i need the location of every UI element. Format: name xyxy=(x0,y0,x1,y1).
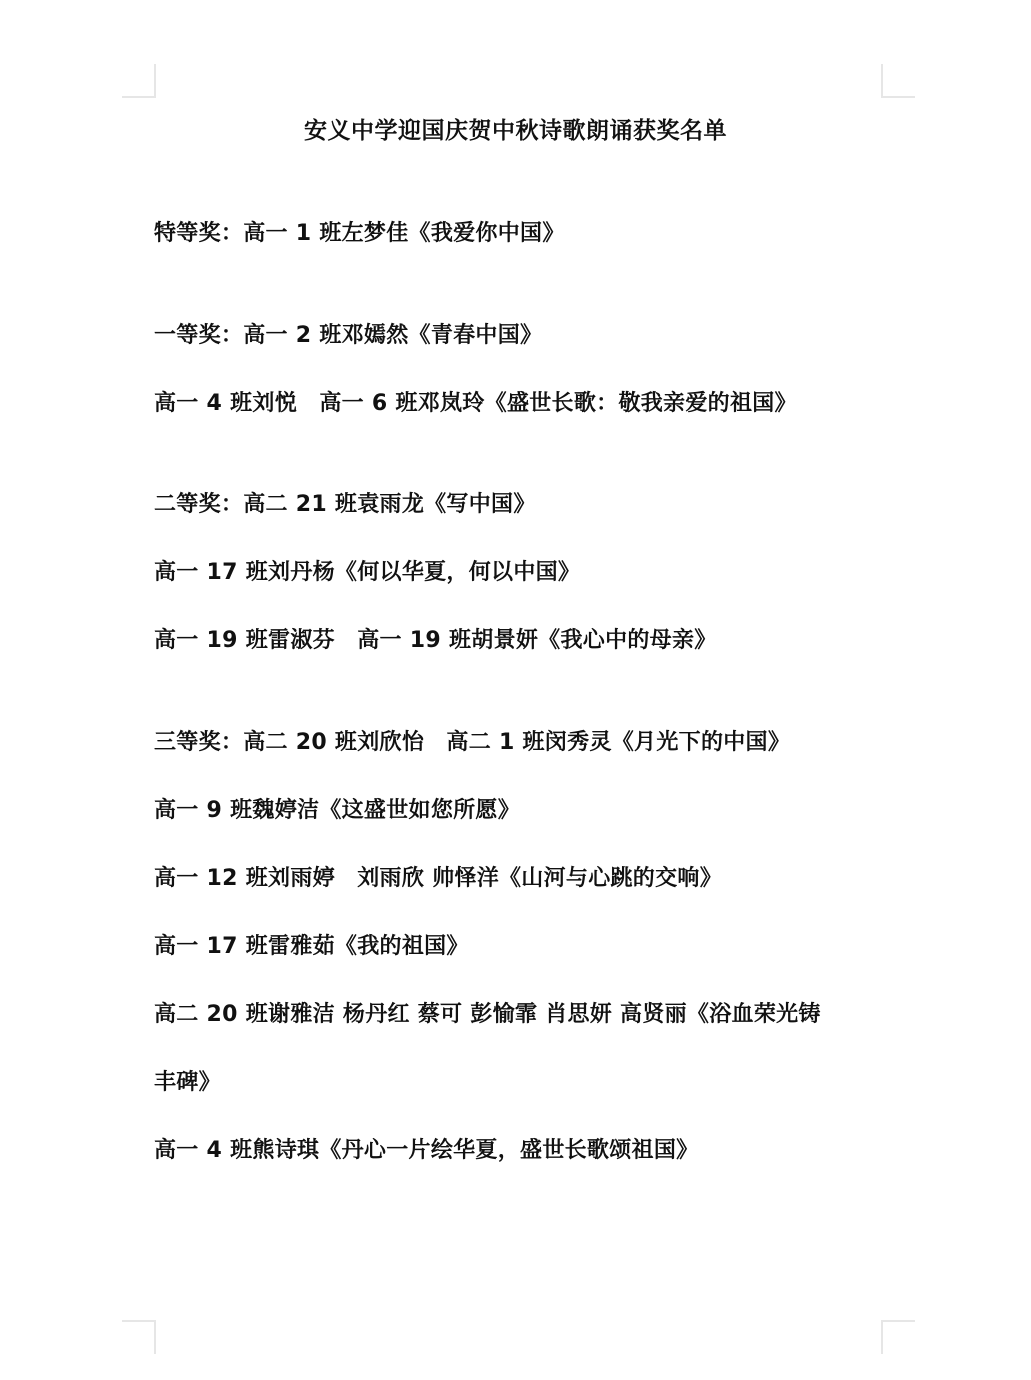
award-line-second-prize: 二等奖：高二 21 班袁雨龙《写中国》 xyxy=(154,487,536,518)
award-line: 高一 9 班魏婷洁《这盛世如您所愿》 xyxy=(154,793,520,824)
award-line: 高一 17 班刘丹杨《何以华夏，何以中国》 xyxy=(154,555,580,586)
award-line: 高一 12 班刘雨婷 刘雨欣 帅怿洋《山河与心跳的交响》 xyxy=(154,861,722,892)
award-line: 高一 19 班雷淑芬 高一 19 班胡景妍《我心中的母亲》 xyxy=(154,623,717,654)
crop-mark-bottom-right xyxy=(881,1320,915,1354)
award-line-grand-prize: 特等奖：高一 1 班左梦佳《我爱你中国》 xyxy=(154,216,565,247)
award-line-first-prize: 一等奖：高一 2 班邓嫣然《青春中国》 xyxy=(154,318,542,349)
award-line-third-prize: 三等奖：高二 20 班刘欣怡 高二 1 班闵秀灵《月光下的中国》 xyxy=(154,725,790,756)
award-line: 高二 20 班谢雅洁 杨丹红 蔡可 彭愉霏 肖思妍 高贤丽《浴血荣光铸 xyxy=(154,997,821,1028)
award-line-continuation: 丰碑》 xyxy=(154,1065,221,1096)
document-title: 安义中学迎国庆贺中秋诗歌朗诵获奖名单 xyxy=(0,112,1031,145)
award-line: 高一 4 班刘悦 高一 6 班邓岚玲《盛世长歌：敬我亲爱的祖国》 xyxy=(154,386,797,417)
crop-mark-top-right xyxy=(881,64,915,98)
crop-mark-top-left xyxy=(122,64,156,98)
award-line: 高一 4 班熊诗琪《丹心一片绘华夏，盛世长歌颂祖国》 xyxy=(154,1133,698,1164)
award-line: 高一 17 班雷雅茹《我的祖国》 xyxy=(154,929,469,960)
crop-mark-bottom-left xyxy=(122,1320,156,1354)
